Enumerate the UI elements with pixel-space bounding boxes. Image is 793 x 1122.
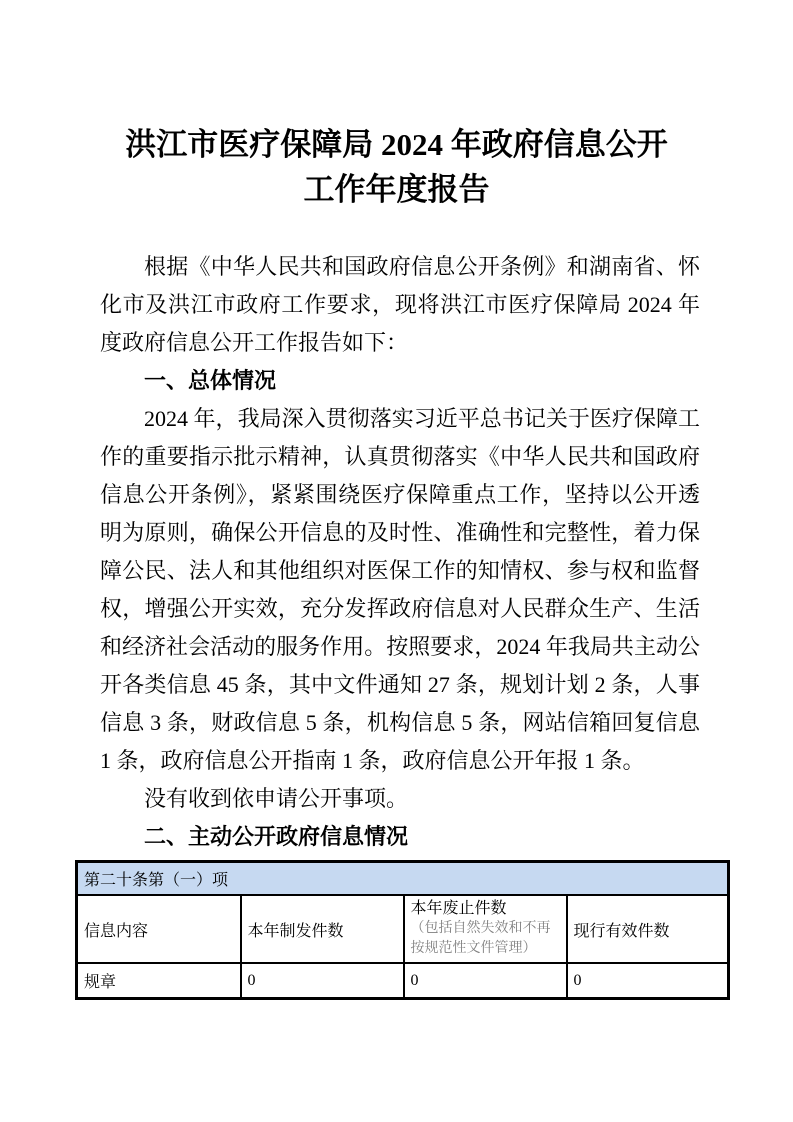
table-header-row: 信息内容 本年制发件数 本年废止件数 （包括自然失效和不再按规范性文件管理） 现… <box>77 895 729 963</box>
section-2-heading: 二、主动公开政府信息情况 <box>100 818 700 856</box>
column-header-repealed-count: 本年废止件数 （包括自然失效和不再按规范性文件管理） <box>404 895 567 963</box>
column-header-repealed-note: （包括自然失效和不再按规范性文件管理） <box>411 919 562 959</box>
cell-row-name: 规章 <box>77 963 241 999</box>
cell-effective-count: 0 <box>567 963 729 999</box>
document-title: 洪江市医疗保障局 2024 年政府信息公开 工作年度报告 <box>0 122 793 212</box>
table-caption: 第二十条第（一）项 <box>77 862 729 896</box>
column-header-effective-count: 现行有效件数 <box>567 895 729 963</box>
document-body: 根据《中华人民共和国政府信息公开条例》和湖南省、怀化市及洪江市政府工作要求，现将… <box>100 248 700 856</box>
cell-issued-count: 0 <box>241 963 404 999</box>
table-caption-row: 第二十条第（一）项 <box>77 862 729 896</box>
report-page: 洪江市医疗保障局 2024 年政府信息公开 工作年度报告 根据《中华人民共和国政… <box>0 0 793 1122</box>
section-1-heading: 一、总体情况 <box>100 362 700 400</box>
document-title-line1: 洪江市医疗保障局 2024 年政府信息公开 <box>0 122 793 167</box>
column-header-issued-count: 本年制发件数 <box>241 895 404 963</box>
column-header-repealed-main: 本年废止件数 <box>411 899 562 919</box>
table-row-regulations: 规章 0 0 0 <box>77 963 729 999</box>
overview-paragraph: 2024 年，我局深入贯彻落实习近平总书记关于医疗保障工作的重要指示批示精神，认… <box>100 400 700 780</box>
no-request-paragraph: 没有收到依申请公开事项。 <box>100 780 700 818</box>
intro-paragraph: 根据《中华人民共和国政府信息公开条例》和湖南省、怀化市及洪江市政府工作要求，现将… <box>100 248 700 362</box>
document-title-line2: 工作年度报告 <box>0 167 793 212</box>
column-header-info-content: 信息内容 <box>77 895 241 963</box>
disclosure-table: 第二十条第（一）项 信息内容 本年制发件数 本年废止件数 （包括自然失效和不再按… <box>75 860 730 1000</box>
cell-repealed-count: 0 <box>404 963 567 999</box>
